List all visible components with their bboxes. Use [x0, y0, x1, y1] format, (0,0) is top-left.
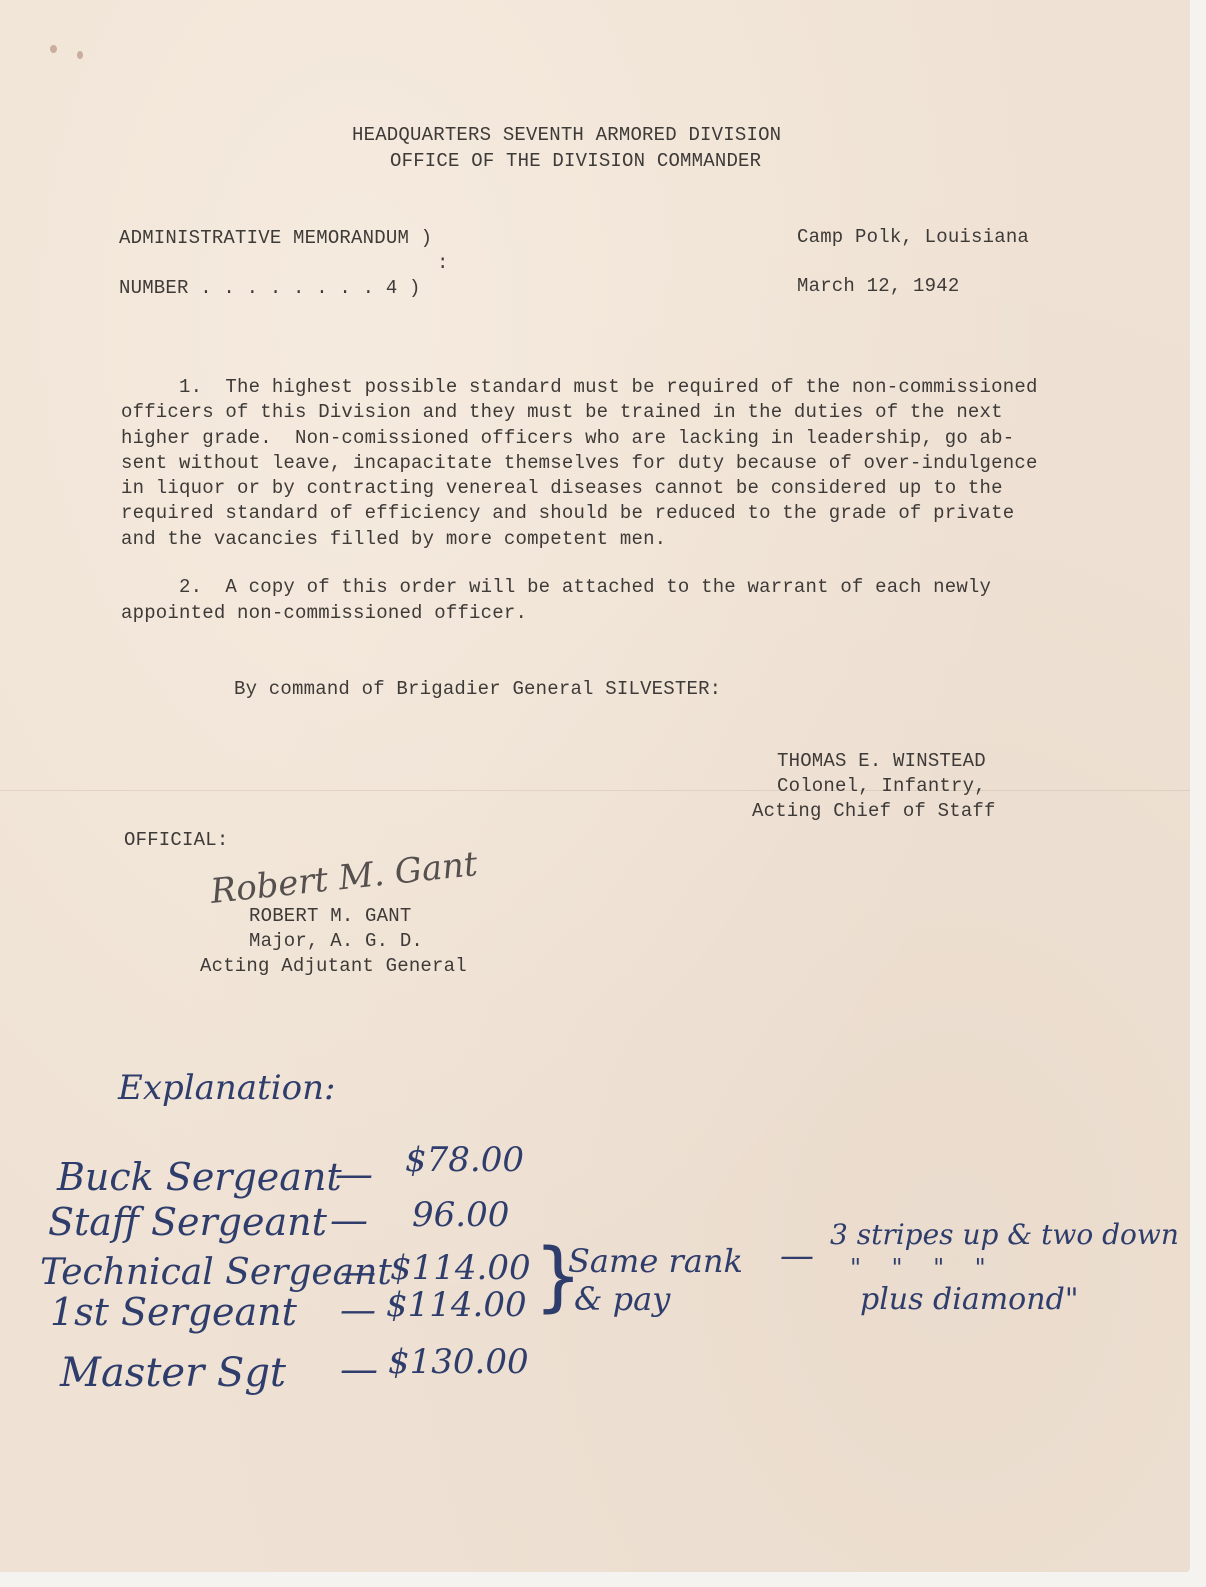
- paragraph-1-line: required standard of efficiency and shou…: [121, 501, 1014, 526]
- rank-pay: $114.00: [390, 1248, 531, 1288]
- paper-stain: [50, 45, 57, 53]
- paragraph-1-line: higher grade. Non-comissioned officers w…: [121, 426, 1014, 451]
- official-signature: Robert M. Gant: [209, 844, 480, 912]
- paragraph-1-line: 1. The highest possible standard must be…: [121, 375, 1038, 400]
- rank-pay: $130.00: [388, 1342, 529, 1382]
- official-rank: Major, A. G. D.: [249, 929, 423, 954]
- bracket-note-line-2: & pay: [574, 1280, 670, 1318]
- paper-fold-line: [0, 790, 1190, 791]
- memo-page: HEADQUARTERS SEVENTH ARMORED DIVISION OF…: [0, 0, 1190, 1572]
- rank-label: Staff Sergeant: [48, 1200, 327, 1244]
- official-name: ROBERT M. GANT: [249, 904, 411, 929]
- signatory-rank: Colonel, Infantry,: [777, 774, 986, 799]
- header-line-1: HEADQUARTERS SEVENTH ARMORED DIVISION: [352, 123, 781, 148]
- rank-label: Buck Sergeant: [57, 1155, 342, 1199]
- paper-stain: [77, 51, 83, 59]
- memo-date: March 12, 1942: [797, 274, 959, 299]
- paragraph-2-line: 2. A copy of this order will be attached…: [121, 575, 991, 600]
- rank-dash: —: [340, 1347, 378, 1391]
- rank-label: 1st Sergeant: [50, 1290, 297, 1334]
- rank-dash: —: [335, 1152, 373, 1196]
- command-line: By command of Brigadier General SILVESTE…: [234, 677, 721, 702]
- rank-dash: —: [340, 1252, 376, 1293]
- paragraph-1-line: and the vacancies filled by more compete…: [121, 527, 666, 552]
- rank-dash: —: [340, 1290, 376, 1331]
- paragraph-1-line: officers of this Division and they must …: [121, 400, 1003, 425]
- insignia-line-1: 3 stripes up & two down: [830, 1218, 1179, 1251]
- rank-label: Master Sgt: [60, 1350, 286, 1396]
- insignia-line-2: " " " ": [850, 1254, 986, 1282]
- paragraph-1-line: sent without leave, incapacitate themsel…: [121, 451, 1038, 476]
- rank-dash: —: [330, 1198, 368, 1242]
- paragraph-2-line: appointed non-commissioned officer.: [121, 601, 527, 626]
- memo-location: Camp Polk, Louisiana: [797, 225, 1029, 250]
- memo-title-colon: :: [437, 251, 449, 276]
- signatory-name: THOMAS E. WINSTEAD: [777, 749, 986, 774]
- insignia-line-3: plus diamond": [860, 1282, 1079, 1317]
- official-title: Acting Adjutant General: [200, 954, 467, 979]
- memo-title-line-2: NUMBER . . . . . . . . 4 ): [119, 276, 421, 301]
- rank-pay: $114.00: [386, 1285, 527, 1325]
- handwritten-heading: Explanation:: [118, 1068, 335, 1108]
- memo-title-line-1: ADMINISTRATIVE MEMORANDUM ): [119, 226, 432, 251]
- official-label: OFFICIAL:: [124, 828, 228, 853]
- rank-pay: $78.00: [405, 1140, 524, 1180]
- bracket-note-line-1: Same rank: [568, 1242, 743, 1280]
- header-line-2: OFFICE OF THE DIVISION COMMANDER: [390, 149, 761, 174]
- rank-pay: 96.00: [412, 1195, 509, 1235]
- note-dash: —: [780, 1236, 814, 1276]
- paragraph-1-line: in liquor or by contracting venereal dis…: [121, 476, 1003, 501]
- signatory-title: Acting Chief of Staff: [752, 799, 996, 824]
